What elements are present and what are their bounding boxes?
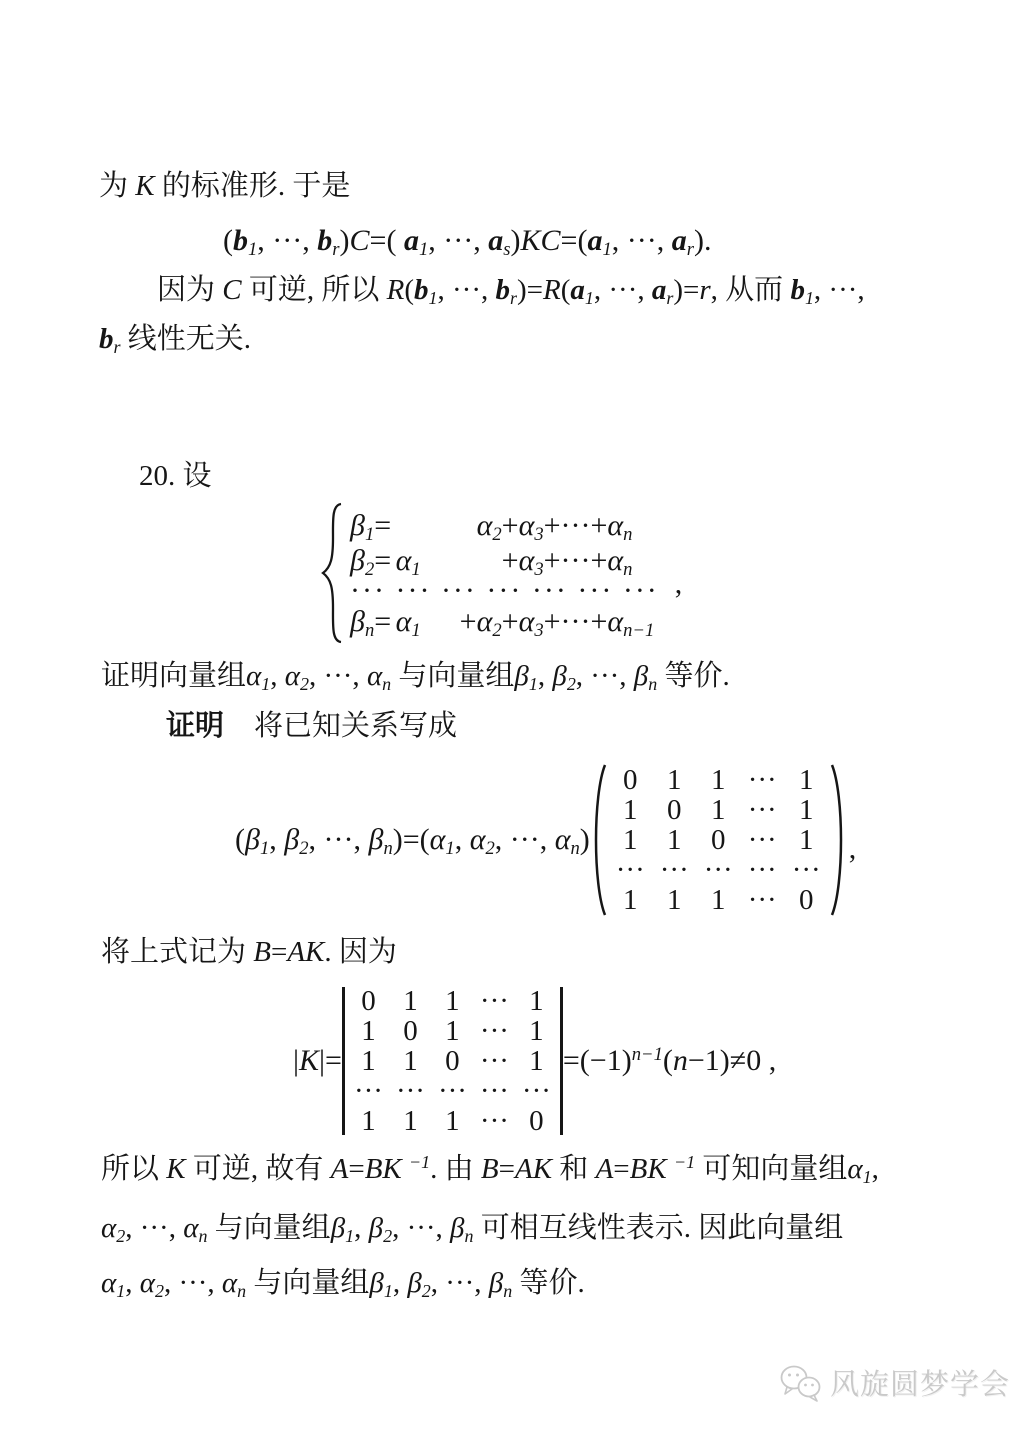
paragraph-c-invertible: 因为 C 可逆, 所以 R(b1, ···, br)=R(a1, ···, ar… [157,274,865,307]
determinant-lhs: |K|= [293,1044,342,1078]
paragraph-mutual-representation: α2, ···, αn 与向量组β1, β2, ···, βn 可相互线性表示.… [101,1212,843,1245]
paragraph-denote-b-ak: 将上式记为 B=AK. 因为 [101,936,397,969]
system-comma: , [675,567,683,601]
paragraph-prove-equivalence: 证明向量组α1, α2, ···, αn 与向量组β1, β2, ···, βn… [101,660,730,693]
determinant-rhs: =(−1)n−1(n−1)≠0 , [563,1044,776,1078]
equation-bc-equals-akc: (b1, ···, br)C=( a1, ···, as)KC=(a1, ···… [223,224,711,258]
system-term: β1= [350,508,396,543]
watermark: 风旋圆梦学会 [779,1362,1010,1403]
paragraph-k-invertible: 所以 K 可逆, 故有 A=BK −1. 由 B=AK 和 A=BK −1 可知… [101,1153,879,1186]
wechat-icon [779,1364,823,1402]
system-term [440,543,502,578]
watermark-label: 风旋圆梦学会 [830,1362,1010,1403]
determinant-matrix: 011···1101···1110···1···············111·… [345,984,560,1138]
proof-intro: 将已知关系写成 [254,710,457,742]
left-brace-icon [320,502,344,644]
system-term [396,508,440,543]
system-term: +α3+···+αn [502,508,659,543]
system-term: β2= [350,543,396,578]
proof-label: 证明 [166,710,224,742]
system-term: +α3+···+αn [502,543,659,578]
paragraph-linear-independent: br 线性无关. [99,323,251,356]
determinant-equation: |K|= 011···1101···1110···1··············… [293,986,776,1136]
paragraph-standard-form: 为 K 的标准形. 于是 [99,170,350,203]
system-term: βn= [350,604,396,639]
proof-header: 证明将已知关系写成 [166,710,457,743]
system-term: α1 [396,604,440,639]
system-term: α2 [440,508,502,543]
problem-number: 20. 设 [139,460,212,493]
left-paren-icon [590,763,607,917]
document-page: 为 K 的标准形. 于是 (b1, ···, br)C=( a1, ···, a… [0,0,1011,1431]
system-ellipsis-row: ··· ··· ··· ··· ··· ··· ··· [350,578,659,604]
matrix-equation: (β1, β2, ···, βn)=(α1, α2, ···, αn) 011·… [235,762,856,918]
paragraph-conclusion-equivalence: α1, α2, ···, αn 与向量组β1, β2, ···, βn 等价. [101,1267,585,1300]
system-term: +α3+···+αn−1 [502,604,659,639]
matrix-equation-lhs: (β1, β2, ···, βn)=(α1, α2, ···, αn) [235,823,590,857]
matrix-k: 011···1101···1110···1···············111·… [607,763,830,917]
right-paren-icon [830,763,847,917]
system-term: +α2 [440,604,502,639]
system-rows: β1= α2 +α3+···+αn β2= α1 +α3+···+αn ··· … [350,508,659,639]
system-term: α1 [396,543,440,578]
matrix-equation-comma: , [849,832,857,866]
equation-system: β1= α2 +α3+···+αn β2= α1 +α3+···+αn ··· … [320,502,682,644]
